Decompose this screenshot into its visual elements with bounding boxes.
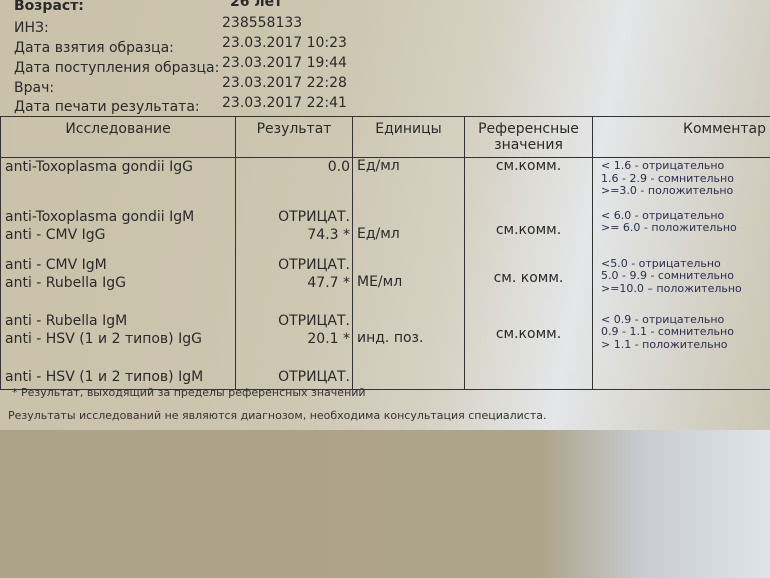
unit: МЕ/мл	[353, 256, 465, 312]
sample-taken-label: Дата взятия образца:	[14, 40, 174, 56]
unit: инд. поз.	[353, 312, 465, 368]
unit	[353, 368, 465, 390]
comment-line: 5.0 - 9.9 - сомнительно	[601, 270, 770, 283]
reference-value: см.комм.	[465, 312, 593, 368]
age-value: 26 лет	[230, 0, 282, 10]
test-name: anti-Toxoplasma gondii IgG	[1, 158, 236, 208]
unit: Ед/мл	[353, 158, 465, 208]
comment-line: >=3.0 - положительно	[601, 185, 770, 198]
column-header-result: Результат	[236, 117, 353, 158]
comment-line: >= 6.0 - положительно	[601, 222, 770, 235]
result-value: 0.0	[236, 158, 353, 208]
column-header-comment: Комментар	[593, 117, 770, 158]
reference-value: см. комм.	[465, 256, 593, 312]
test-name: anti-Toxoplasma gondii IgManti - CMV IgG	[1, 208, 236, 256]
column-header-reference: Референсные значения	[465, 117, 593, 158]
result-value-line: ОТРИЦАТ.	[240, 312, 350, 330]
result-value-line: ОТРИЦАТ.	[240, 256, 350, 274]
background-surface	[0, 430, 770, 578]
comment: < 0.9 - отрицательно0.9 - 1.1 - сомнител…	[593, 312, 770, 368]
result-value-line: 47.7 *	[240, 274, 350, 292]
inz-value: 238558133	[222, 15, 302, 31]
test-name-line: anti - Rubella IgM	[5, 312, 231, 330]
result-value-line: 0.0	[240, 158, 350, 176]
reference-value	[465, 368, 593, 390]
test-name-line: anti-Toxoplasma gondii IgM	[5, 208, 231, 226]
sample-received-value: 23.03.2017 19:44	[222, 55, 347, 71]
inz-label: ИНЗ:	[14, 20, 49, 36]
comment: <5.0 - отрицательно5.0 - 9.9 - сомнитель…	[593, 256, 770, 312]
sample-taken-value: 23.03.2017 10:23	[222, 35, 347, 51]
comment-line: 0.9 - 1.1 - сомнительно	[601, 326, 770, 339]
result-value-line: ОТРИЦАТ.	[240, 208, 350, 226]
table-row: anti - Rubella IgManti - HSV (1 и 2 типо…	[1, 312, 770, 368]
test-name-line: anti - Rubella IgG	[5, 274, 231, 292]
test-name: anti - Rubella IgManti - HSV (1 и 2 типо…	[1, 312, 236, 368]
result-value-line: 20.1 *	[240, 330, 350, 348]
results-table: Исследование Результат Единицы Референсн…	[0, 116, 770, 390]
doctor-value: 23.03.2017 22:28	[222, 75, 347, 91]
test-name-line: anti - CMV IgG	[5, 226, 231, 244]
result-value: ОТРИЦАТ.47.7 *	[236, 256, 353, 312]
comment	[593, 368, 770, 390]
table-row: anti-Toxoplasma gondii IgManti - CMV IgG…	[1, 208, 770, 256]
asterisk-note: * Результат, выходящий за пределы рефере…	[12, 386, 366, 399]
result-value: ОТРИЦАТ.20.1 *	[236, 312, 353, 368]
sample-received-label: Дата поступления образца:	[14, 60, 219, 76]
unit: Ед/мл	[353, 208, 465, 256]
print-date-value: 23.03.2017 22:41	[222, 95, 347, 111]
column-header-units: Единицы	[353, 117, 465, 158]
comment-line: >=10.0 – положительно	[601, 283, 770, 296]
comment: < 6.0 - отрицательно>= 6.0 - положительн…	[593, 208, 770, 256]
test-name-line: anti - HSV (1 и 2 типов) IgG	[5, 330, 231, 348]
test-name-line: anti - HSV (1 и 2 типов) IgM	[5, 368, 231, 386]
column-header-test: Исследование	[1, 117, 236, 158]
doctor-label: Врач:	[14, 80, 54, 96]
age-label: Возраст:	[14, 0, 84, 14]
table-row: anti - CMV IgManti - Rubella IgGОТРИЦАТ.…	[1, 256, 770, 312]
reference-value: см.комм.	[465, 208, 593, 256]
print-date-label: Дата печати результата:	[14, 99, 200, 115]
comment: < 1.6 - отрицательно1.6 - 2.9 - сомнител…	[593, 158, 770, 208]
result-value: ОТРИЦАТ.74.3 *	[236, 208, 353, 256]
disclaimer: Результаты исследований не являются диаг…	[8, 409, 547, 422]
result-value-line: 74.3 *	[240, 226, 350, 244]
reference-value: см.комм.	[465, 158, 593, 208]
test-name: anti - CMV IgManti - Rubella IgG	[1, 256, 236, 312]
table-row: anti-Toxoplasma gondii IgG0.0Ед/млсм.ком…	[1, 158, 770, 208]
test-name-line: anti-Toxoplasma gondii IgG	[5, 158, 231, 176]
result-value-line: ОТРИЦАТ.	[240, 368, 350, 386]
comment-line: > 1.1 - положительно	[601, 339, 770, 352]
comment-line: < 1.6 - отрицательно	[601, 160, 770, 173]
test-name-line: anti - CMV IgM	[5, 256, 231, 274]
